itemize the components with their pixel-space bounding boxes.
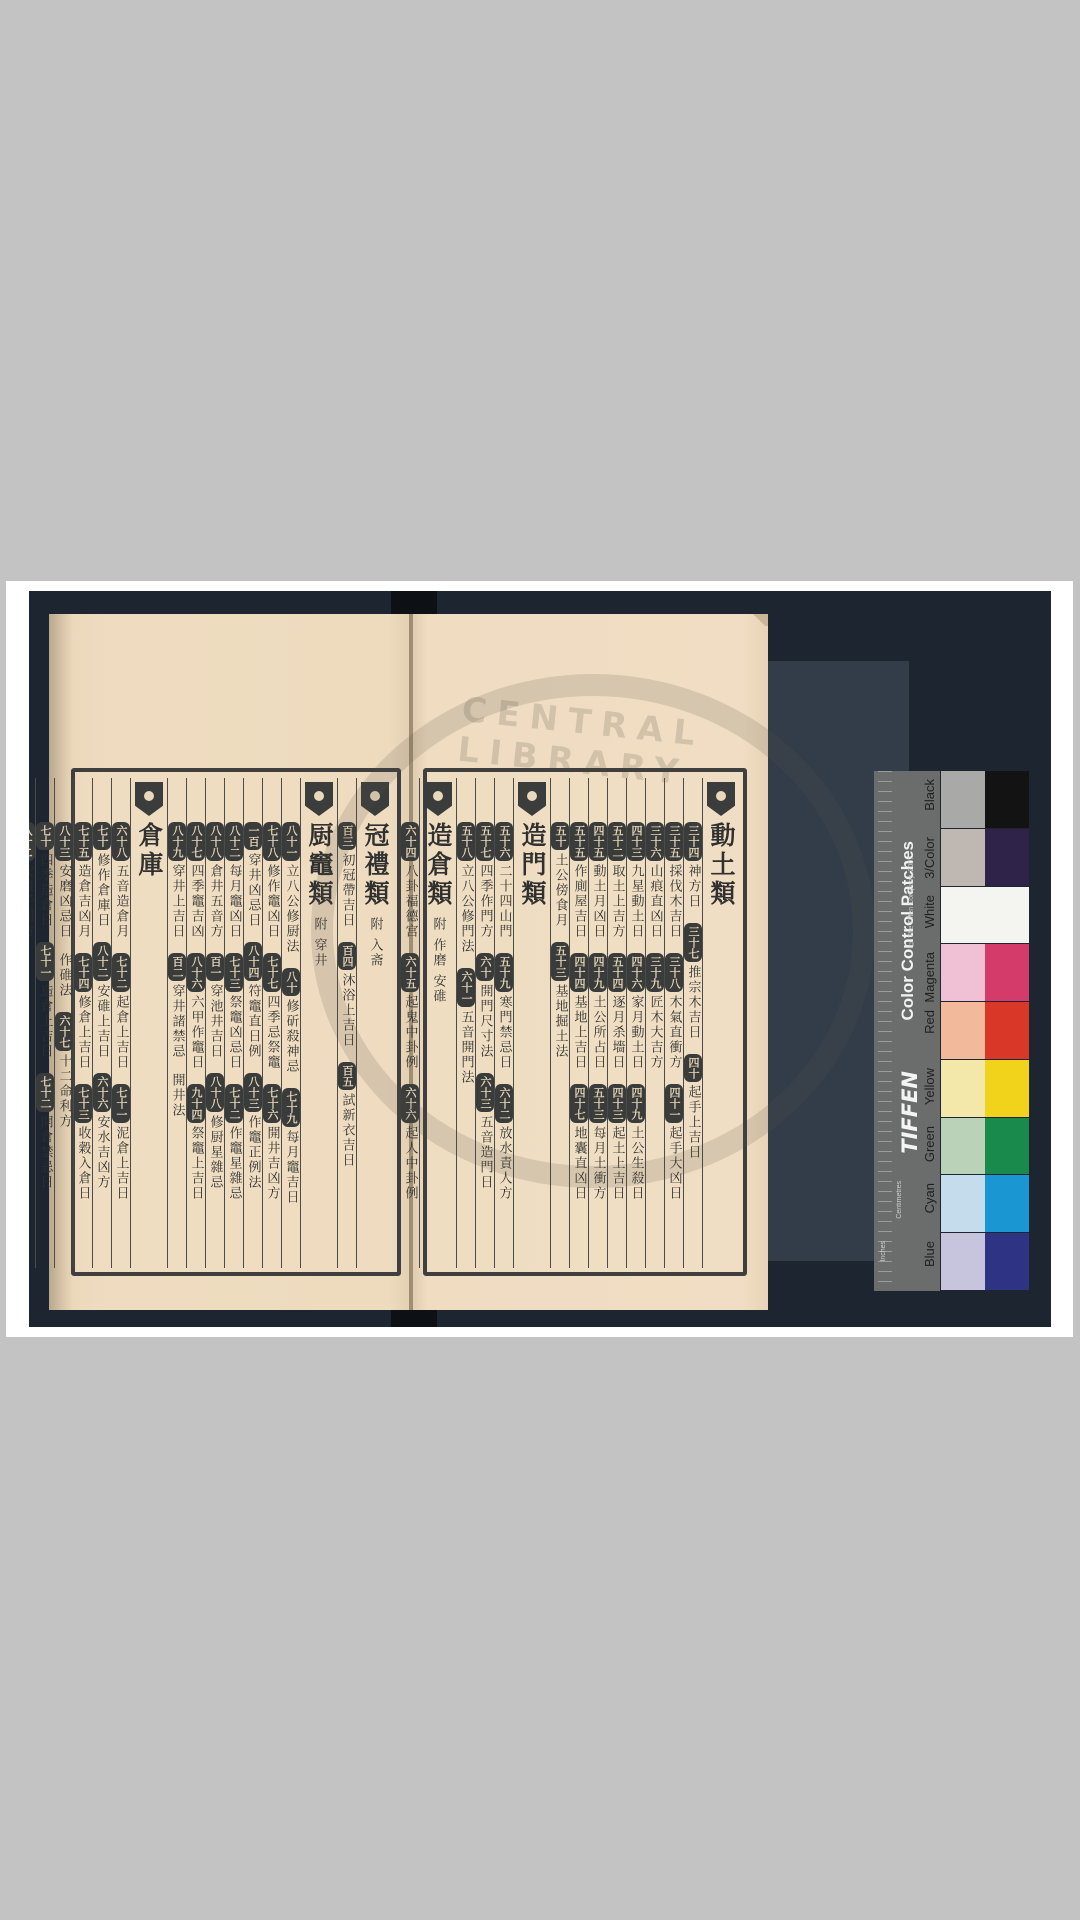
entry-number-badge: 六十六: [93, 1073, 111, 1112]
entry-number-badge: 八十七: [187, 822, 205, 861]
entry-text: 五音造倉月: [115, 864, 128, 939]
scanned-photo: 冠禮類附 入斋百三初冠帶吉日百四沐浴上吉日百五試新衣吉日厨竈類附 穿井八十一立八…: [29, 591, 1051, 1327]
entry-number-badge: 七十九: [282, 1088, 300, 1127]
entry-text: 起倉上吉日: [115, 995, 128, 1070]
entry-column: 七十修作倉庫日八十二安碓上吉日六十六安水吉凶方: [92, 778, 111, 1268]
entry-text: 十二命利方: [58, 1054, 71, 1129]
entry: 一百穿井凶忌日: [244, 822, 262, 928]
entry: 七十五造倉吉凶月: [74, 822, 92, 939]
entry-column: 八十七四季竈吉凶八十六六甲作竈日九十四祭竈上吉日: [186, 778, 205, 1268]
entry-text: 四季忌祭竈: [266, 995, 279, 1070]
entry: 七十二起倉上吉日: [112, 953, 130, 1070]
entry: 七十三祭竈凶忌日: [225, 953, 243, 1070]
entry-number-badge: 七十三: [225, 953, 243, 992]
entry: 八十二每月竈凶日: [225, 822, 243, 939]
entry-text: 每月竈吉日: [285, 1130, 298, 1205]
entry: 七十七四季忌祭竈: [263, 953, 281, 1070]
entry-number-badge: 七十一: [112, 1084, 130, 1123]
tiffen-logo: TIFFEN: [898, 1071, 922, 1154]
entry-number-badge: 六十八: [112, 822, 130, 861]
entry-number-badge: 七十五: [74, 822, 92, 861]
entry-text: 符竈直日例: [247, 984, 260, 1059]
entry-text: 作碓法: [58, 953, 71, 998]
ornament-icon: [305, 782, 333, 816]
entry-column: 一百穿井凶忌日八十四符竈直日例八十三作竈正例法: [243, 778, 262, 1268]
entry-number-badge: 九十四: [187, 1084, 205, 1123]
patch-label: Cyan: [922, 1183, 937, 1213]
entry-number-badge: 八十二: [29, 822, 35, 861]
patch-dark-red: [985, 1002, 1029, 1059]
entry: 八十一立八公修厨法: [282, 822, 300, 954]
entry-text: 安碓子利方: [29, 864, 33, 939]
entry-number-badge: 七十一: [36, 942, 54, 981]
entry-text: 穿井凶忌日: [247, 853, 260, 928]
patch-label: 3/Color: [922, 837, 937, 879]
entry-number-badge: 八十九: [168, 822, 186, 861]
entry-text: 修斫殺神忌: [285, 999, 298, 1074]
patch-label: Black: [922, 779, 937, 811]
category-column: 倉庫: [130, 778, 167, 1268]
entry-text: 祭竈上吉日: [190, 1126, 203, 1201]
entry-number-badge: 八十一: [282, 822, 300, 861]
patch-light-magenta: [941, 944, 985, 1001]
entry-text: 立八公修厨法: [285, 864, 298, 954]
entry-text: 每月竈凶日: [228, 864, 241, 939]
entry-text: 收穀入倉日: [77, 1126, 90, 1201]
entry: 六十八五音造倉月: [112, 822, 130, 939]
patch-dark-blue: [985, 1233, 1029, 1290]
entry-number-badge: 七十七: [263, 953, 281, 992]
entry: 六十六安水吉凶方: [93, 1073, 111, 1190]
entry: 八十六六甲作竈日: [187, 953, 205, 1070]
entry: 八十七四季竈吉凶: [187, 822, 205, 939]
entry: 七十三收穀入倉日: [74, 1084, 92, 1201]
category-title: 倉庫: [131, 822, 167, 880]
entry-text: 泥倉上吉日: [115, 1126, 128, 1201]
entry-text: 開倉禁忌日: [39, 1115, 52, 1190]
entry-column: 八十二每月竈凶日七十三祭竈凶忌日七十二作竈星雜忌: [224, 778, 243, 1268]
entry-column: 八十八倉井五音方百一穿池井吉日八十八修厨星雜忌: [205, 778, 224, 1268]
entry-text: 六甲作竈日: [190, 995, 203, 1070]
ruler-ticks: [878, 771, 892, 1291]
entry-number-badge: 八十: [282, 968, 300, 996]
entry-number-badge: 七十四: [74, 953, 92, 992]
entry-number-badge: 八十六: [187, 953, 205, 992]
patch-dark-black: [985, 771, 1029, 828]
entry: 七十二開倉禁忌日: [36, 1073, 54, 1190]
entry-text: 修作竈凶日: [266, 864, 279, 939]
entry-text: 試新衣吉日: [341, 1093, 354, 1168]
entry-text: 造倉上吉日: [39, 984, 52, 1059]
patch-label: Yellow: [922, 1068, 937, 1105]
entry: 開井法: [171, 1073, 184, 1118]
entry-text: 起人中卦例: [404, 1126, 417, 1201]
entry-number-badge: 七十八: [263, 822, 281, 861]
entry-text: 修倉上吉日: [77, 995, 90, 1070]
patch-light-yellow: [941, 1060, 985, 1117]
patch-light-cyan: [941, 1175, 985, 1232]
entry-number-badge: 八十三: [244, 1073, 262, 1112]
entry-text: 四季造倉日: [39, 853, 52, 928]
patch-light-black: [941, 771, 985, 828]
tiffen-brand-text: TIFFEN: [898, 1071, 922, 1154]
patch-light-red: [941, 1002, 985, 1059]
entry: 九十四祭竈上吉日: [187, 1084, 205, 1201]
entry-number-badge: 一百: [244, 822, 262, 850]
entry: 八十三作竈正例法: [244, 1073, 262, 1190]
folded-corner: [750, 614, 768, 626]
entry-text: 修作倉庫日: [96, 853, 109, 928]
entry-text: 穿井諸禁忌: [171, 984, 184, 1059]
entry-column: 七十八修作竈凶日七十七四季忌祭竈七十六開井吉凶方: [262, 778, 281, 1268]
entry: 百五試新衣吉日: [338, 1062, 356, 1168]
entry-number-badge: 七十: [36, 822, 54, 850]
entry: 八十修斫殺神忌: [282, 968, 300, 1074]
entry: 八十二安碓上吉日: [93, 942, 111, 1059]
entry: 八十八倉井五音方: [206, 822, 224, 939]
entry-text: 祭竈凶忌日: [228, 995, 241, 1070]
tiffen-color-card: Inches Centimetres TIFFEN Color Control …: [874, 771, 1029, 1291]
entry: 七十四季造倉日: [36, 822, 54, 928]
entry-number-badge: 七十六: [263, 1084, 281, 1123]
entry-column: 八十三安磨凶忌日作碓法六十七十二命利方: [54, 778, 73, 1268]
patch-dark-yellow: [985, 1060, 1029, 1117]
entry-column: 八十九穿井上吉日百二穿井諸禁忌開井法: [167, 778, 186, 1268]
entry-text: 安水吉凶方: [96, 1115, 109, 1190]
patch-label: Magenta: [922, 952, 937, 1003]
entry-text: 開井吉凶方: [266, 1126, 279, 1201]
patch-dark-3color: [985, 829, 1029, 886]
entry-column: 七十四季造倉日七十一造倉上吉日七十二開倉禁忌日: [35, 778, 54, 1268]
entry-number-badge: 百一: [206, 953, 224, 981]
patch-light-green: [941, 1118, 985, 1175]
entry-number-badge: 百二: [168, 953, 186, 981]
entry: 七十八修作竈凶日: [263, 822, 281, 939]
entry-text: 安碓上吉日: [96, 984, 109, 1059]
entry-column: 八十二安碓子利方: [29, 778, 35, 1268]
entry: 百二穿井諸禁忌: [168, 953, 186, 1059]
patch-label: Blue: [922, 1241, 937, 1267]
entry: 八十八修厨星雜忌: [206, 1073, 224, 1190]
entry: 七十九每月竈吉日: [282, 1088, 300, 1205]
entry: 作碓法: [58, 953, 71, 998]
open-book: 冠禮類附 入斋百三初冠帶吉日百四沐浴上吉日百五試新衣吉日厨竈類附 穿井八十一立八…: [49, 614, 774, 1310]
entry: 七十一泥倉上吉日: [112, 1084, 130, 1201]
entry-column: 六十八五音造倉月七十二起倉上吉日七十一泥倉上吉日: [111, 778, 130, 1268]
entry-number-badge: 七十二: [225, 1084, 243, 1123]
patch-light-blue: [941, 1233, 985, 1290]
ornament-icon: [135, 782, 163, 816]
entry-text: 作竈正例法: [247, 1115, 260, 1190]
entry: 八十二安碓子利方: [29, 822, 35, 939]
entry-number-badge: 七十: [93, 822, 111, 850]
patch-light-3color: [941, 829, 985, 886]
entry-number-badge: 七十二: [36, 1073, 54, 1112]
entry-number-badge: 八十四: [244, 942, 262, 981]
entry-number-badge: 八十三: [55, 822, 73, 861]
card-copyright: © The Tiffen Company, 2007: [908, 856, 915, 947]
patch-label: Red: [922, 1010, 937, 1034]
entry-column: 八十一立八公修厨法八十修斫殺神忌七十九每月竈吉日: [281, 778, 300, 1268]
entry-text: 倉井五音方: [209, 864, 222, 939]
entry-number-badge: 七十二: [112, 953, 130, 992]
ruler-units-centimetres: Centimetres: [896, 1181, 903, 1219]
entry-number-badge: 八十二: [225, 822, 243, 861]
entry: 七十修作倉庫日: [93, 822, 111, 928]
patch-dark-green: [985, 1118, 1029, 1175]
entry: 七十四修倉上吉日: [74, 953, 92, 1070]
entry: 八十四符竈直日例: [244, 942, 262, 1059]
entry: 八十三安磨凶忌日: [55, 822, 73, 939]
entry-text: 穿池井吉日: [209, 984, 222, 1059]
entry: 百一穿池井吉日: [206, 953, 224, 1059]
entry-number-badge: 七十三: [74, 1084, 92, 1123]
patch-label: Green: [922, 1126, 937, 1162]
entry-text: 四季竈吉凶: [190, 864, 203, 939]
entry-text: 穿井上吉日: [171, 864, 184, 939]
patch-label: White: [922, 895, 937, 928]
entry-number-badge: 八十八: [206, 1073, 224, 1112]
entry-number-badge: 八十二: [93, 942, 111, 981]
entry: 八十九穿井上吉日: [168, 822, 186, 939]
entry-text: 作竈星雜忌: [228, 1126, 241, 1201]
patch-dark-magenta: [985, 944, 1029, 1001]
entry-text: 修厨星雜忌: [209, 1115, 222, 1190]
patch-light-white: [941, 887, 1029, 944]
entry-column: 七十五造倉吉凶月七十四修倉上吉日七十三收穀入倉日: [73, 778, 92, 1268]
entry-text: 安磨凶忌日: [58, 864, 71, 939]
entry-number-badge: 六十七: [55, 1012, 73, 1051]
entry: 七十一造倉上吉日: [36, 942, 54, 1059]
entry-text: 造倉吉凶月: [77, 864, 90, 939]
entry-number-badge: 八十八: [206, 822, 224, 861]
ruler-units-inches: Inches: [880, 1241, 887, 1262]
entry: 七十六開井吉凶方: [263, 1084, 281, 1201]
patch-dark-cyan: [985, 1175, 1029, 1232]
entry: 七十二作竈星雜忌: [225, 1084, 243, 1201]
entry-text: 開井法: [171, 1073, 184, 1118]
entry: 六十七十二命利方: [55, 1012, 73, 1129]
